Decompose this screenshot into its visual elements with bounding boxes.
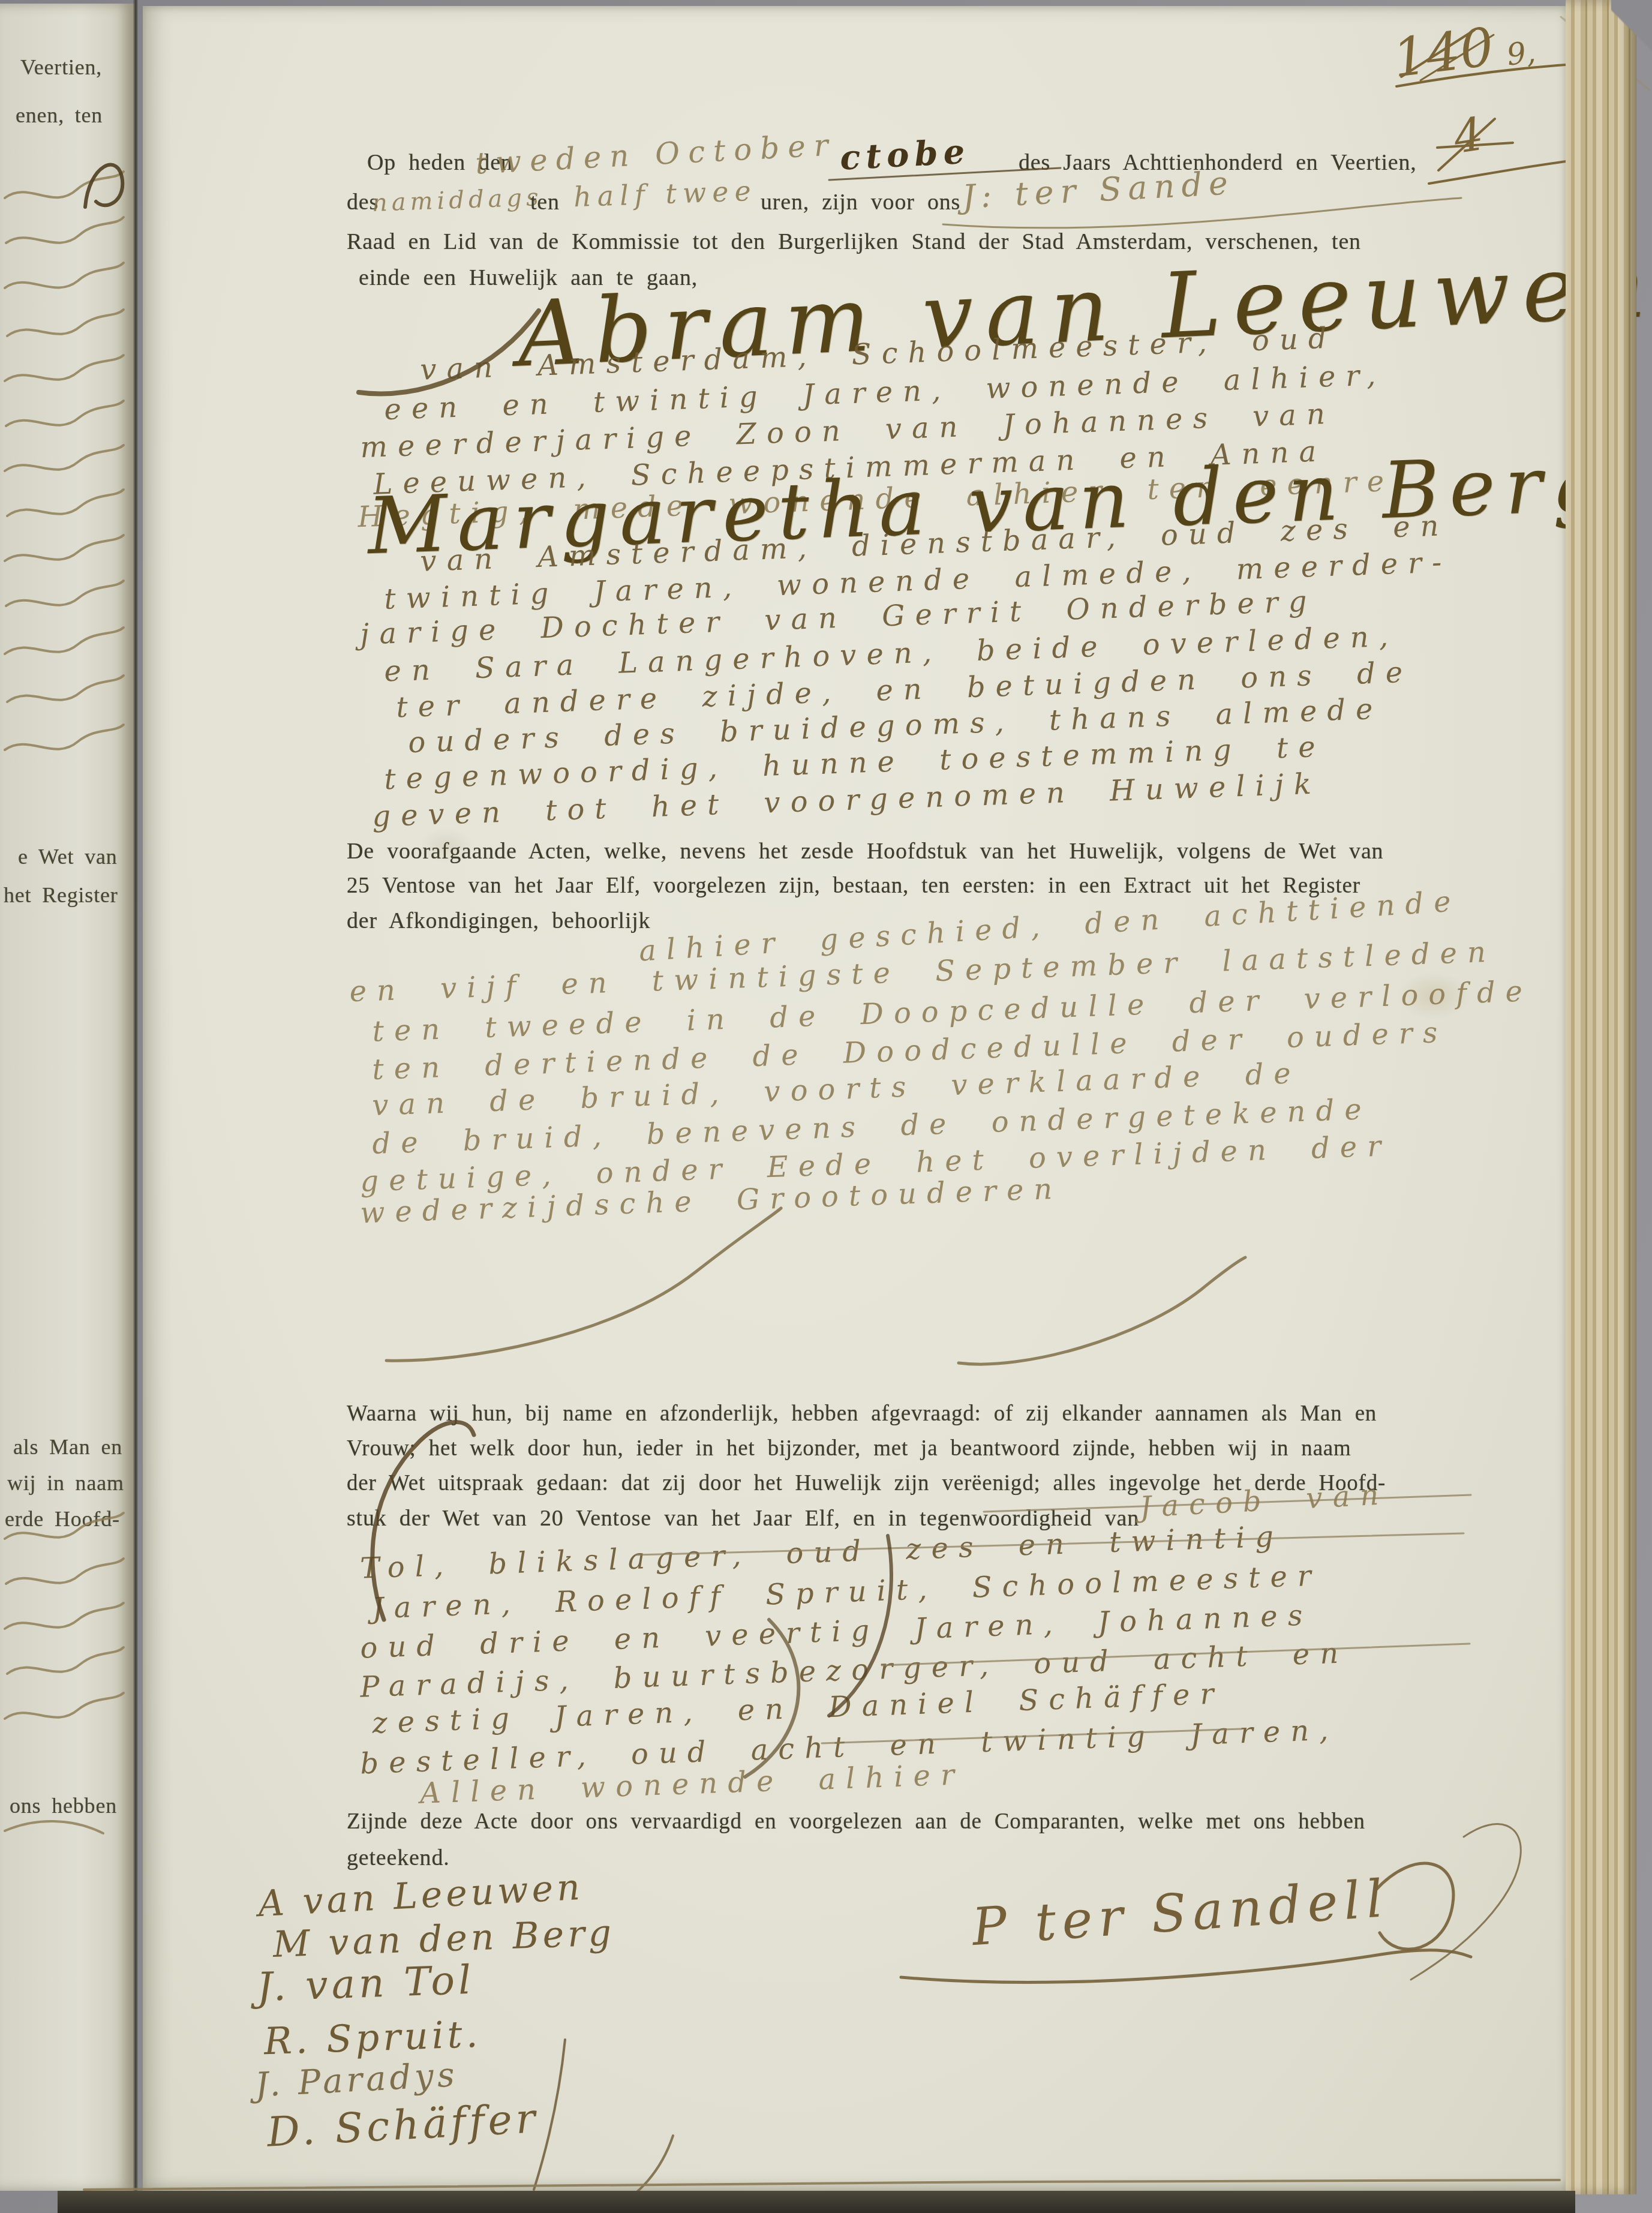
signature-witness: J. Paradys	[254, 2058, 459, 2103]
verso-fragment: het Register	[4, 884, 118, 906]
printed-line: Vrouw; het welk door hun, ieder in het b…	[347, 1437, 1351, 1460]
folio-number-suffix: 9,	[1505, 37, 1537, 70]
folio-number: 140	[1390, 20, 1496, 85]
printed-line: De voorafgaande Acten, welke, nevens het…	[347, 840, 1383, 863]
verso-fragment: wij in naam	[7, 1472, 124, 1494]
printed-line: geteekend.	[347, 1846, 450, 1869]
paper-stain	[1398, 972, 1470, 1020]
printed-line: 25 Ventose van het Jaar Elf, voorgelezen…	[347, 875, 1360, 897]
printed-line: uren, zijn voor ons	[761, 191, 960, 214]
book-edge	[1566, 0, 1636, 2194]
printed-line: Zijnde deze Acte door ons vervaardigd en…	[347, 1810, 1365, 1833]
handwritten-time: half twee	[573, 177, 757, 211]
register-scan: Veertien, enen, ten e Wet van het Regist…	[0, 0, 1652, 2213]
printed-line: stuk der Wet van 20 Ventose van het Jaar…	[347, 1507, 1139, 1530]
handwritten-daypart: namiddags	[371, 185, 543, 215]
handwritten-date-overwrite: ctobe	[839, 134, 971, 175]
printed-line: Waarna wij hun, bij name en afzonderlijk…	[347, 1403, 1377, 1425]
verso-fragment: als Man en	[13, 1436, 122, 1458]
book-gutter	[133, 0, 138, 2194]
paper-stain	[420, 828, 474, 864]
page-corner	[1611, 0, 1652, 90]
verso-fragment: ons hebben	[10, 1795, 117, 1816]
verso-fragment: erde Hoofd-	[5, 1508, 120, 1530]
book-bottom-shadow	[58, 2191, 1575, 2213]
verso-fragment: Veertien,	[20, 56, 102, 78]
printed-line: Raad en Lid van de Kommissie tot den Bur…	[347, 230, 1361, 253]
verso-fragment: e Wet van	[18, 846, 118, 867]
printed-line: ten	[530, 191, 560, 214]
verso-fragment: enen, ten	[16, 104, 103, 126]
signature-witness: R. Spruit.	[263, 2016, 482, 2061]
signature-witness: J. van Tol	[256, 1960, 475, 2008]
signature-bride: M van den Berg	[272, 1915, 615, 1963]
printed-line: der Afkondigingen, behoorlijk	[347, 909, 650, 932]
verso-page-sliver: Veertien, enen, ten e Wet van het Regist…	[0, 4, 134, 2191]
